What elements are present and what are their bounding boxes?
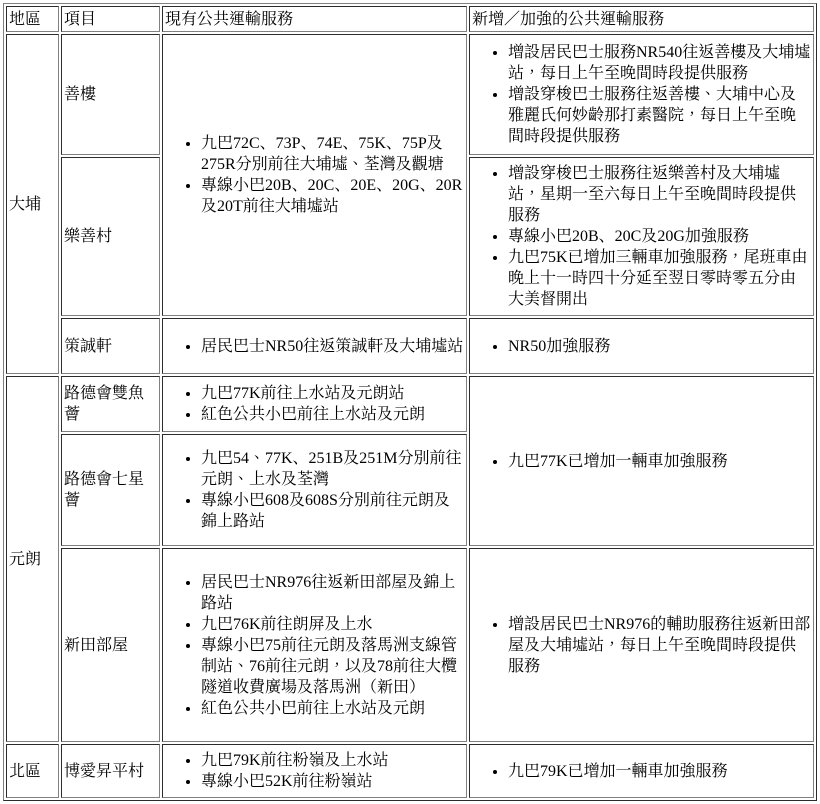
project-cell-pok-oi-sing-ping: 博愛昇平村 (61, 744, 160, 798)
service-item: 紅色公共小巴前往上水站及元朗 (201, 698, 464, 719)
service-item: 紅色公共小巴前往上水站及元朗 (201, 404, 464, 425)
service-item: 居民巴士NR976往返新田部屋及錦上路站 (201, 572, 464, 614)
service-item: 九巴75K已增加三輛車加強服務，尾班車由晚上十一時四十分延至翌日零時零五分由大美… (508, 247, 811, 310)
service-item: 增設穿梭巴士服務往返樂善村及大埔墟站，星期一至六每日上午至晚間時段提供服務 (508, 163, 811, 226)
service-item: 九巴77K已增加一輛車加強服務 (508, 451, 811, 472)
transport-services-table: 地區 項目 現有公共運輸服務 新增／加強的公共運輸服務 大埔 善樓 九巴72C、… (3, 3, 817, 801)
service-list: 九巴77K已增加一輛車加強服務 (472, 451, 811, 472)
column-header-new-services: 新增／加強的公共運輸服務 (469, 6, 814, 32)
service-item: 九巴79K已增加一輛車加強服務 (508, 761, 811, 782)
service-item: 專線小巴52K前往粉嶺站 (201, 771, 464, 792)
existing-services-cell-chak-shing-hin: 居民巴士NR50往返策誠軒及大埔墟站 (162, 318, 467, 374)
project-cell-sin-lau: 善樓 (61, 34, 160, 155)
service-item: 九巴77K前往上水站及元朗站 (201, 383, 464, 404)
service-list: 居民巴士NR50往返策誠軒及大埔墟站 (165, 336, 464, 357)
service-list: 九巴54、77K、251B及251M分別前往元朗、上水及荃灣 專線小巴608及6… (165, 448, 464, 532)
column-header-existing-services: 現有公共運輸服務 (162, 6, 467, 32)
new-services-cell-chak-shing-hin: NR50加強服務 (469, 318, 814, 374)
table-row: 大埔 善樓 九巴72C、73P、74E、75K、75P及275R分別前往大埔墟、… (6, 34, 814, 155)
service-item: 九巴54、77K、251B及251M分別前往元朗、上水及荃灣 (201, 448, 464, 490)
service-list: 九巴72C、73P、74E、75K、75P及275R分別前往大埔墟、荃灣及觀塘 … (165, 133, 464, 217)
service-item: 居民巴士NR50往返策誠軒及大埔墟站 (201, 336, 464, 357)
service-item: 專線小巴20B、20C及20G加強服務 (508, 226, 811, 247)
table-header-row: 地區 項目 現有公共運輸服務 新增／加強的公共運輸服務 (6, 6, 814, 32)
table-row: 策誠軒 居民巴士NR50往返策誠軒及大埔墟站 NR50加強服務 (6, 318, 814, 374)
district-cell-tai-po: 大埔 (6, 34, 59, 374)
service-item: 專線小巴75前往元朗及落馬洲支線管制站、76前往元朗，以及78前往大欖隧道收費廣… (201, 635, 464, 698)
project-cell-lok-sin-village: 樂善村 (61, 157, 160, 316)
existing-services-cell-lutheran-pisces: 九巴77K前往上水站及元朗站 紅色公共小巴前往上水站及元朗 (162, 376, 467, 432)
service-item: 九巴72C、73P、74E、75K、75P及275R分別前往大埔墟、荃灣及觀塘 (201, 133, 464, 175)
service-list: 增設穿梭巴士服務往返樂善村及大埔墟站，星期一至六每日上午至晚間時段提供服務 專線… (472, 163, 811, 310)
service-item: 專線小巴20B、20C、20E、20G、20R及20T前往大埔墟站 (201, 175, 464, 217)
new-services-cell-lutheran-shared: 九巴77K已增加一輛車加強服務 (469, 376, 814, 546)
service-item: 增設居民巴士NR976的輔助服務往返新田部屋及大埔墟站，每日上午至晚間時段提供服… (508, 614, 811, 677)
new-services-cell-san-tin-house: 增設居民巴士NR976的輔助服務往返新田部屋及大埔墟站，每日上午至晚間時段提供服… (469, 548, 814, 742)
column-header-district: 地區 (6, 6, 59, 32)
service-item: 增設穿梭巴士服務往返善樓、大埔中心及雅麗氏何妙齡那打素醫院，每日上午至晚間時段提… (508, 84, 811, 147)
service-list: 增設居民巴士NR976的輔助服務往返新田部屋及大埔墟站，每日上午至晚間時段提供服… (472, 614, 811, 677)
district-cell-north: 北區 (6, 744, 59, 798)
service-item: 九巴79K前往粉嶺及上水站 (201, 750, 464, 771)
service-item: 九巴76K前往朗屏及上水 (201, 614, 464, 635)
table-row: 北區 博愛昇平村 九巴79K前往粉嶺及上水站 專線小巴52K前往粉嶺站 九巴79… (6, 744, 814, 798)
project-cell-lutheran-seven-stars: 路德會七星薈 (61, 434, 160, 546)
service-item: NR50加強服務 (508, 336, 811, 357)
new-services-cell-pok-oi-sing-ping: 九巴79K已增加一輛車加強服務 (469, 744, 814, 798)
existing-services-cell-tai-po-shared: 九巴72C、73P、74E、75K、75P及275R分別前往大埔墟、荃灣及觀塘 … (162, 34, 467, 316)
service-list: 九巴79K已增加一輛車加強服務 (472, 761, 811, 782)
table-row: 元朗 路德會雙魚薈 九巴77K前往上水站及元朗站 紅色公共小巴前往上水站及元朗 … (6, 376, 814, 432)
column-header-project: 項目 (61, 6, 160, 32)
service-item: 增設居民巴士服務NR540往返善樓及大埔墟站，每日上午至晚間時段提供服務 (508, 42, 811, 84)
existing-services-cell-lutheran-seven-stars: 九巴54、77K、251B及251M分別前往元朗、上水及荃灣 專線小巴608及6… (162, 434, 467, 546)
new-services-cell-sin-lau: 增設居民巴士服務NR540往返善樓及大埔墟站，每日上午至晚間時段提供服務 增設穿… (469, 34, 814, 155)
existing-services-cell-san-tin-house: 居民巴士NR976往返新田部屋及錦上路站 九巴76K前往朗屏及上水 專線小巴75… (162, 548, 467, 742)
service-list: 九巴79K前往粉嶺及上水站 專線小巴52K前往粉嶺站 (165, 750, 464, 792)
service-list: NR50加強服務 (472, 336, 811, 357)
project-cell-lutheran-pisces: 路德會雙魚薈 (61, 376, 160, 432)
service-list: 九巴77K前往上水站及元朗站 紅色公共小巴前往上水站及元朗 (165, 383, 464, 425)
district-cell-yuen-long: 元朗 (6, 376, 59, 742)
service-list: 增設居民巴士服務NR540往返善樓及大埔墟站，每日上午至晚間時段提供服務 增設穿… (472, 42, 811, 147)
existing-services-cell-pok-oi-sing-ping: 九巴79K前往粉嶺及上水站 專線小巴52K前往粉嶺站 (162, 744, 467, 798)
service-item: 專線小巴608及608S分別前往元朗及錦上路站 (201, 490, 464, 532)
new-services-cell-lok-sin-village: 增設穿梭巴士服務往返樂善村及大埔墟站，星期一至六每日上午至晚間時段提供服務 專線… (469, 157, 814, 316)
service-list: 居民巴士NR976往返新田部屋及錦上路站 九巴76K前往朗屏及上水 專線小巴75… (165, 572, 464, 719)
project-cell-san-tin-house: 新田部屋 (61, 548, 160, 742)
project-cell-chak-shing-hin: 策誠軒 (61, 318, 160, 374)
table-row: 新田部屋 居民巴士NR976往返新田部屋及錦上路站 九巴76K前往朗屏及上水 專… (6, 548, 814, 742)
